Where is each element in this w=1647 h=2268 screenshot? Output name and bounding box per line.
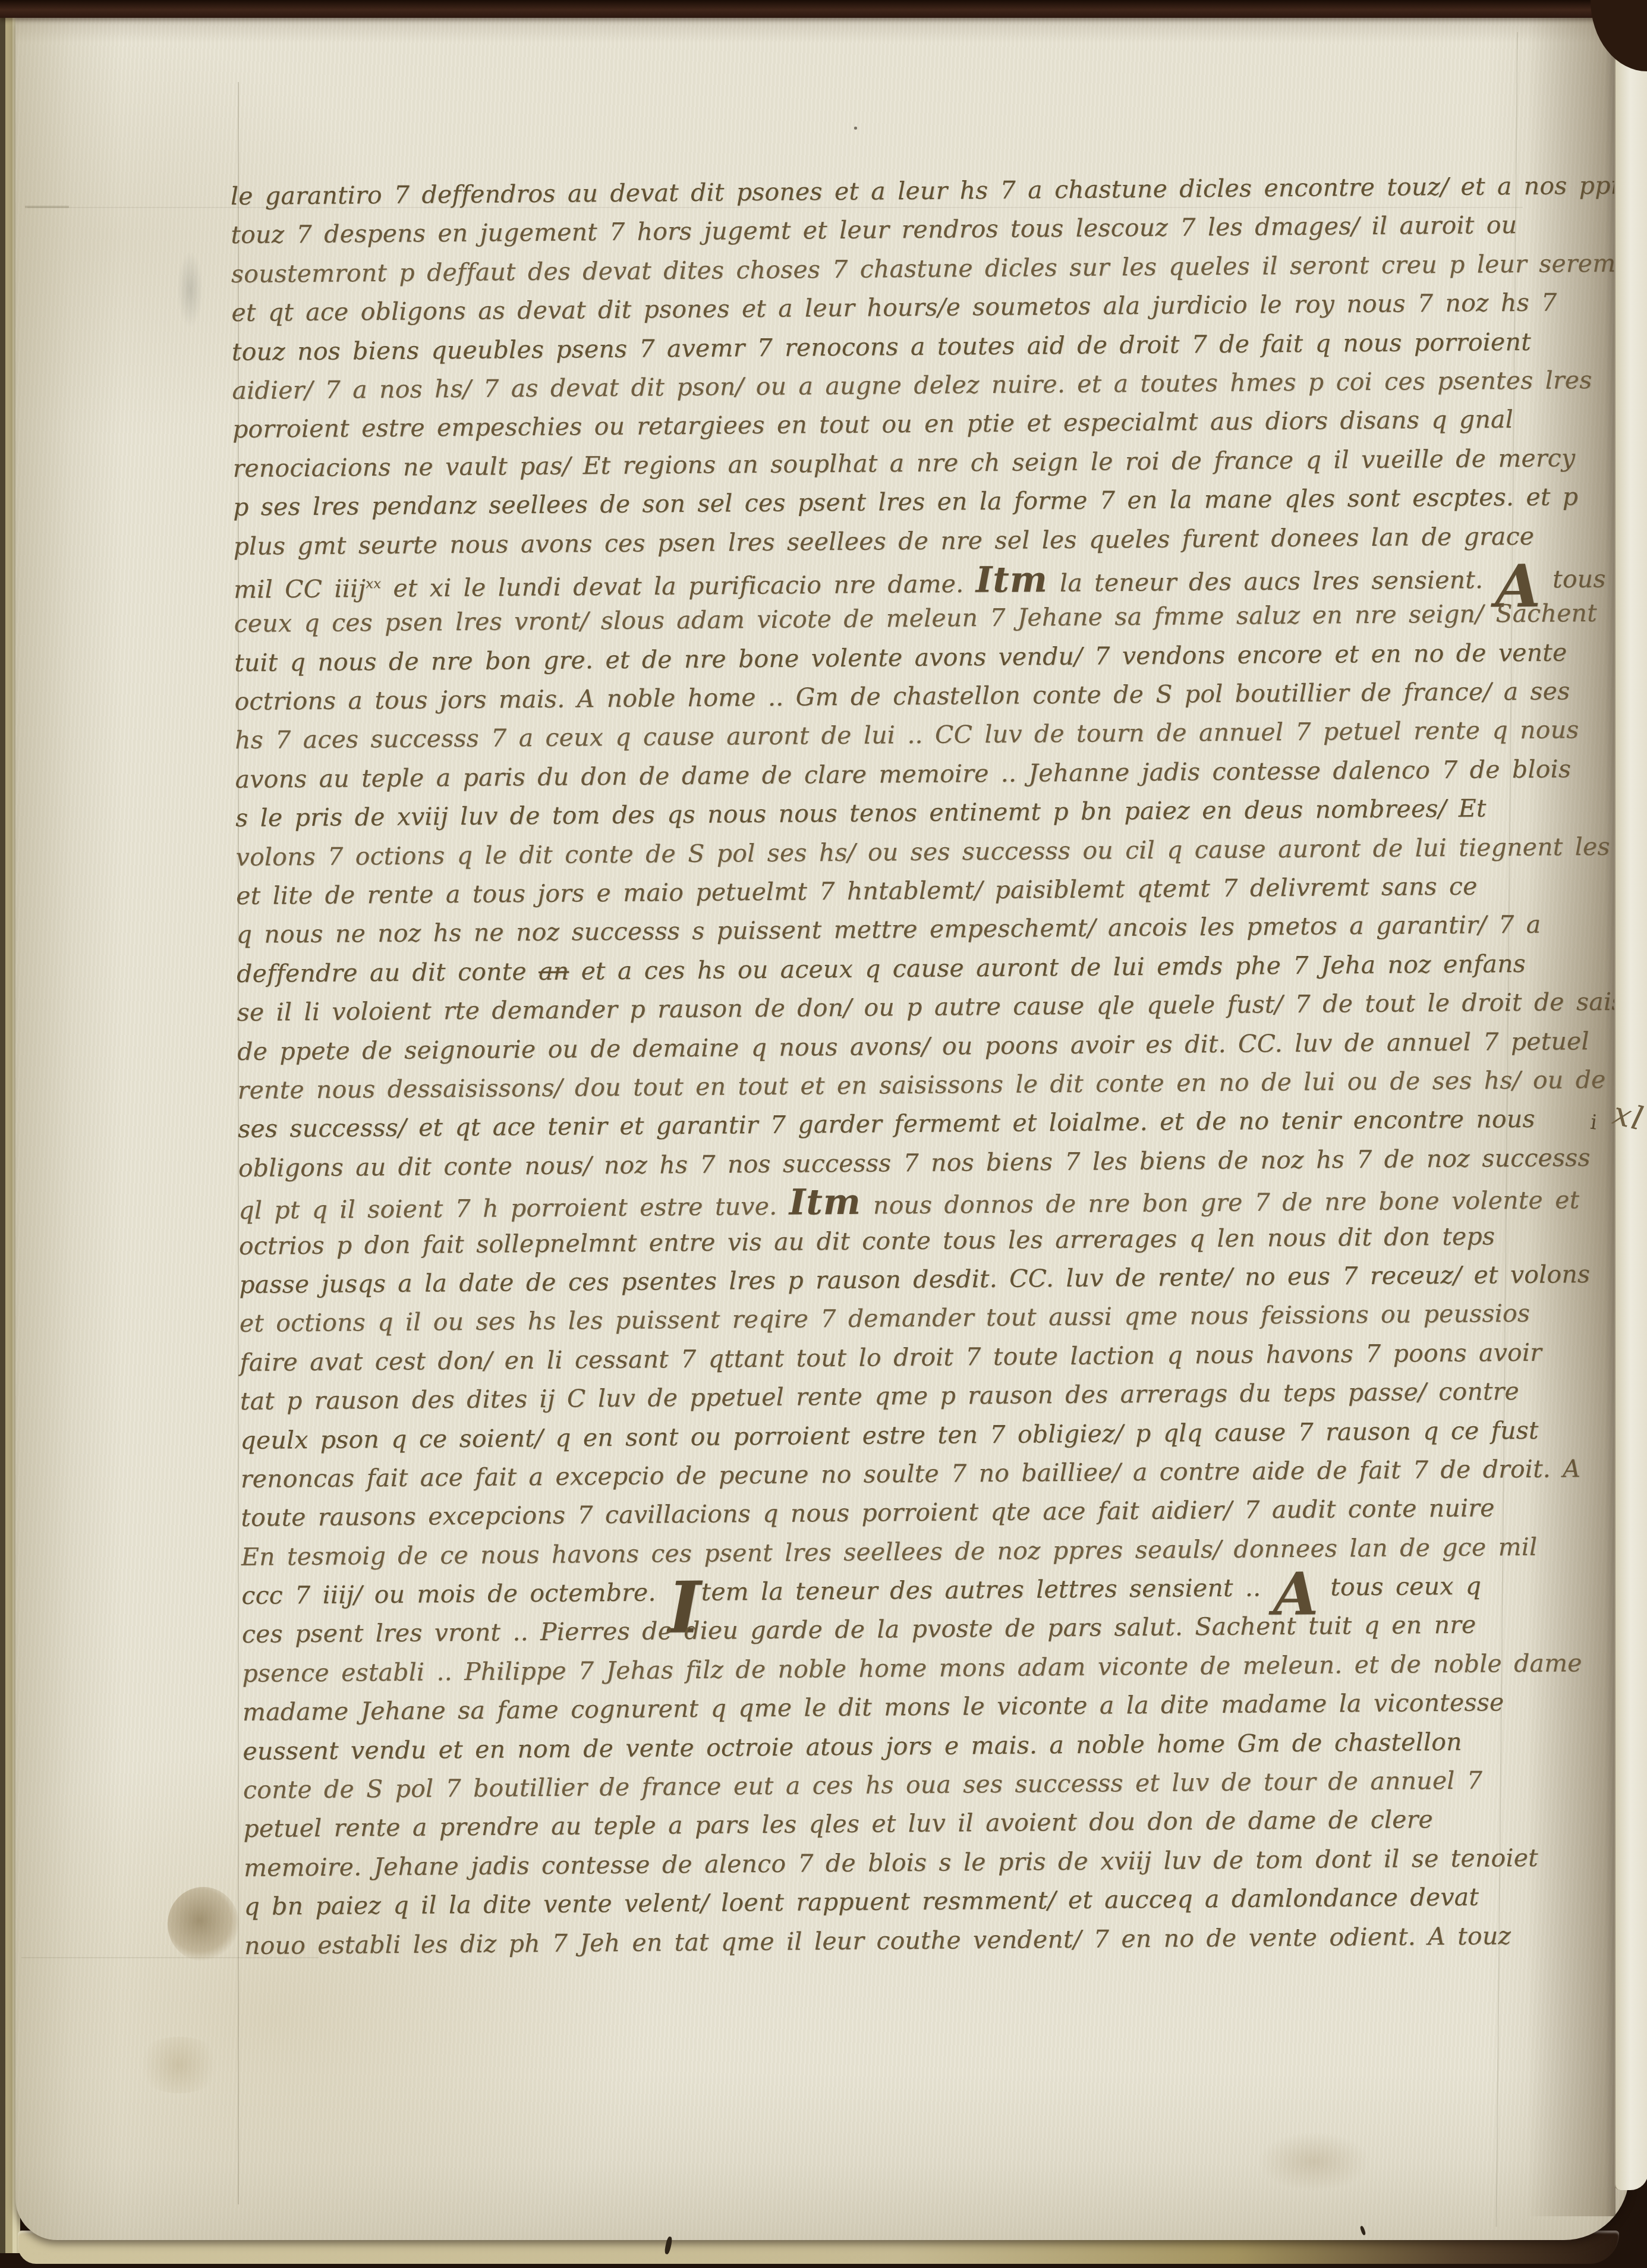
decorated-segment-sup: xx: [366, 576, 381, 592]
decorated-segment-strike: an: [538, 957, 569, 985]
line-segment: tem la teneur des autres lettres sensien…: [701, 1573, 1273, 1606]
margin-ruling-tick: [25, 206, 69, 208]
line-segment: touz 7 despens en jugement 7 hors jugemt…: [231, 210, 1517, 249]
line-segment: avons au teple a paris du don de dame de…: [235, 754, 1571, 794]
line-segment: le garantiro 7 deffendros au devat dit p…: [231, 171, 1647, 210]
line-segment: plus gmt seurte nous avons ces psen lres…: [233, 521, 1534, 560]
parchment-page: le garantiro 7 deffendros au devat dit p…: [15, 15, 1629, 2240]
line-segment: volons 7 octions q le dit conte de S pol…: [235, 832, 1647, 872]
parchment-stain: [168, 1887, 239, 1961]
line-segment: faire avat cest don/ en li cessant 7 qtt…: [240, 1338, 1542, 1376]
line-segment: memoire. Jehane jadis contesse de alenco…: [244, 1844, 1538, 1882]
line-segment: ceux q ces psen lres vront/ slous adam v…: [234, 599, 1597, 638]
line-segment: de ppete de seignourie ou de demaine q n…: [237, 1027, 1589, 1066]
line-segment: se il li voloient rte demander p rauson …: [237, 987, 1647, 1027]
binding-edge-top: [0, 0, 1647, 18]
line-segment: ces psent lres vront .. Pierres de dieu …: [242, 1610, 1476, 1649]
parchment-stain: [134, 2037, 223, 2093]
line-segment: madame Jehane sa fame cognurent q qme le…: [243, 1688, 1504, 1726]
line-segment: aidier/ 7 a nos hs/ 7 as devat dit pson/…: [232, 366, 1592, 405]
line-segment: et xi le lundi devat la purificacio nre …: [381, 570, 976, 603]
line-segment: petuel rente a prendre au teple a pars l…: [243, 1805, 1433, 1844]
line-segment: renociacions ne vault pas/ Et regions an…: [232, 443, 1575, 483]
line-segment: nouo establi les diz ph 7 Jeh en tat qme…: [244, 1921, 1511, 1960]
line-segment: mil CC iiij: [234, 574, 366, 604]
decorated-segment-cap: Itm: [975, 559, 1048, 601]
line-segment: q nous ne noz hs ne noz successs s puiss…: [237, 910, 1541, 949]
line-segment: conte de S pol 7 boutillier de france eu…: [243, 1766, 1482, 1804]
line-segment: toute rausons excepcions 7 cavillacions …: [241, 1494, 1494, 1533]
line-segment: En tesmoig de ce nous havons ces psent l…: [241, 1532, 1538, 1571]
line-segment: octrios p don fait sollepnelmnt entre vi…: [239, 1222, 1495, 1260]
line-segment: tous ceux q: [1318, 1572, 1481, 1602]
line-segment: soustemront p deffaut des devat dites ch…: [231, 248, 1647, 288]
line-segment: hs 7 aces successs 7 a ceux q cause auro…: [235, 716, 1579, 755]
line-segment: s le pris de xviij luv de tom des qs nou…: [235, 794, 1487, 833]
line-segment: deffendre au dit conte: [237, 957, 538, 988]
gutter-fold-shadow: [1528, 17, 1615, 2216]
line-segment: ccc 7 iiij/ ou mois de octembre.: [241, 1578, 668, 1610]
line-segment: renoncas fait ace fait a excepcio de pec…: [241, 1454, 1581, 1493]
line-segment: tuit q nous de nre bon gre. et de nre bo…: [234, 638, 1567, 677]
line-segment: psence establi .. Philippe 7 Jehas filz …: [242, 1649, 1582, 1688]
line-segment: p ses lres pendanz seellees de son sel c…: [233, 482, 1578, 521]
manuscript-photo: le garantiro 7 deffendros au devat dit p…: [0, 0, 1647, 2268]
decorated-segment-cap: Itm: [789, 1181, 861, 1223]
line-segment: ses successs/ et qt ace tenir et garanti…: [238, 1105, 1535, 1143]
line-segment: rente nous dessaisissons/ dou tout en to…: [238, 1065, 1606, 1105]
line-segment: nous donnos de nre bon gre 7 de nre bone…: [861, 1185, 1579, 1219]
line-segment: tat p rauson des dites ij C luv de ppetu…: [240, 1377, 1519, 1415]
parchment-scuff: [1258, 2132, 1371, 2191]
line-segment: obligons au dit conte nous/ noz hs 7 nos…: [238, 1143, 1591, 1182]
text-block: le garantiro 7 deffendros au devat dit p…: [231, 167, 1552, 1965]
line-segment: et a ces hs ou aceux q cause auront de l…: [569, 949, 1526, 986]
ink-smudge: [177, 251, 203, 328]
line-segment: touz nos biens queubles psens 7 avemr 7 …: [232, 327, 1531, 366]
line-segment: eussent vendu et en nom de vente octroie…: [243, 1727, 1462, 1765]
line-segment: et qt ace obligons as devat dit psones e…: [231, 288, 1557, 328]
line-segment: octrions a tous jors mais. A noble home …: [234, 677, 1570, 716]
line-segment: la teneur des aucs lres sensient.: [1048, 565, 1495, 597]
line-segment: q bn paiez q il la dite vente velent/ lo…: [244, 1883, 1479, 1921]
line-segment: porroient estre empeschies ou retargiees…: [232, 405, 1513, 443]
line-segment: passe jusqs a la date de ces psentes lre…: [239, 1260, 1590, 1299]
line-segment: ql pt q il soient 7 h porroient estre tu…: [238, 1192, 789, 1225]
line-segment: et octions q il ou ses hs les puissent r…: [240, 1299, 1531, 1338]
line-segment: qeulx pson q ce soient/ q en sont ou por…: [240, 1415, 1539, 1454]
ink-speck: [854, 127, 857, 130]
line-segment: et lite de rente a tous jors e maio petu…: [236, 872, 1478, 910]
